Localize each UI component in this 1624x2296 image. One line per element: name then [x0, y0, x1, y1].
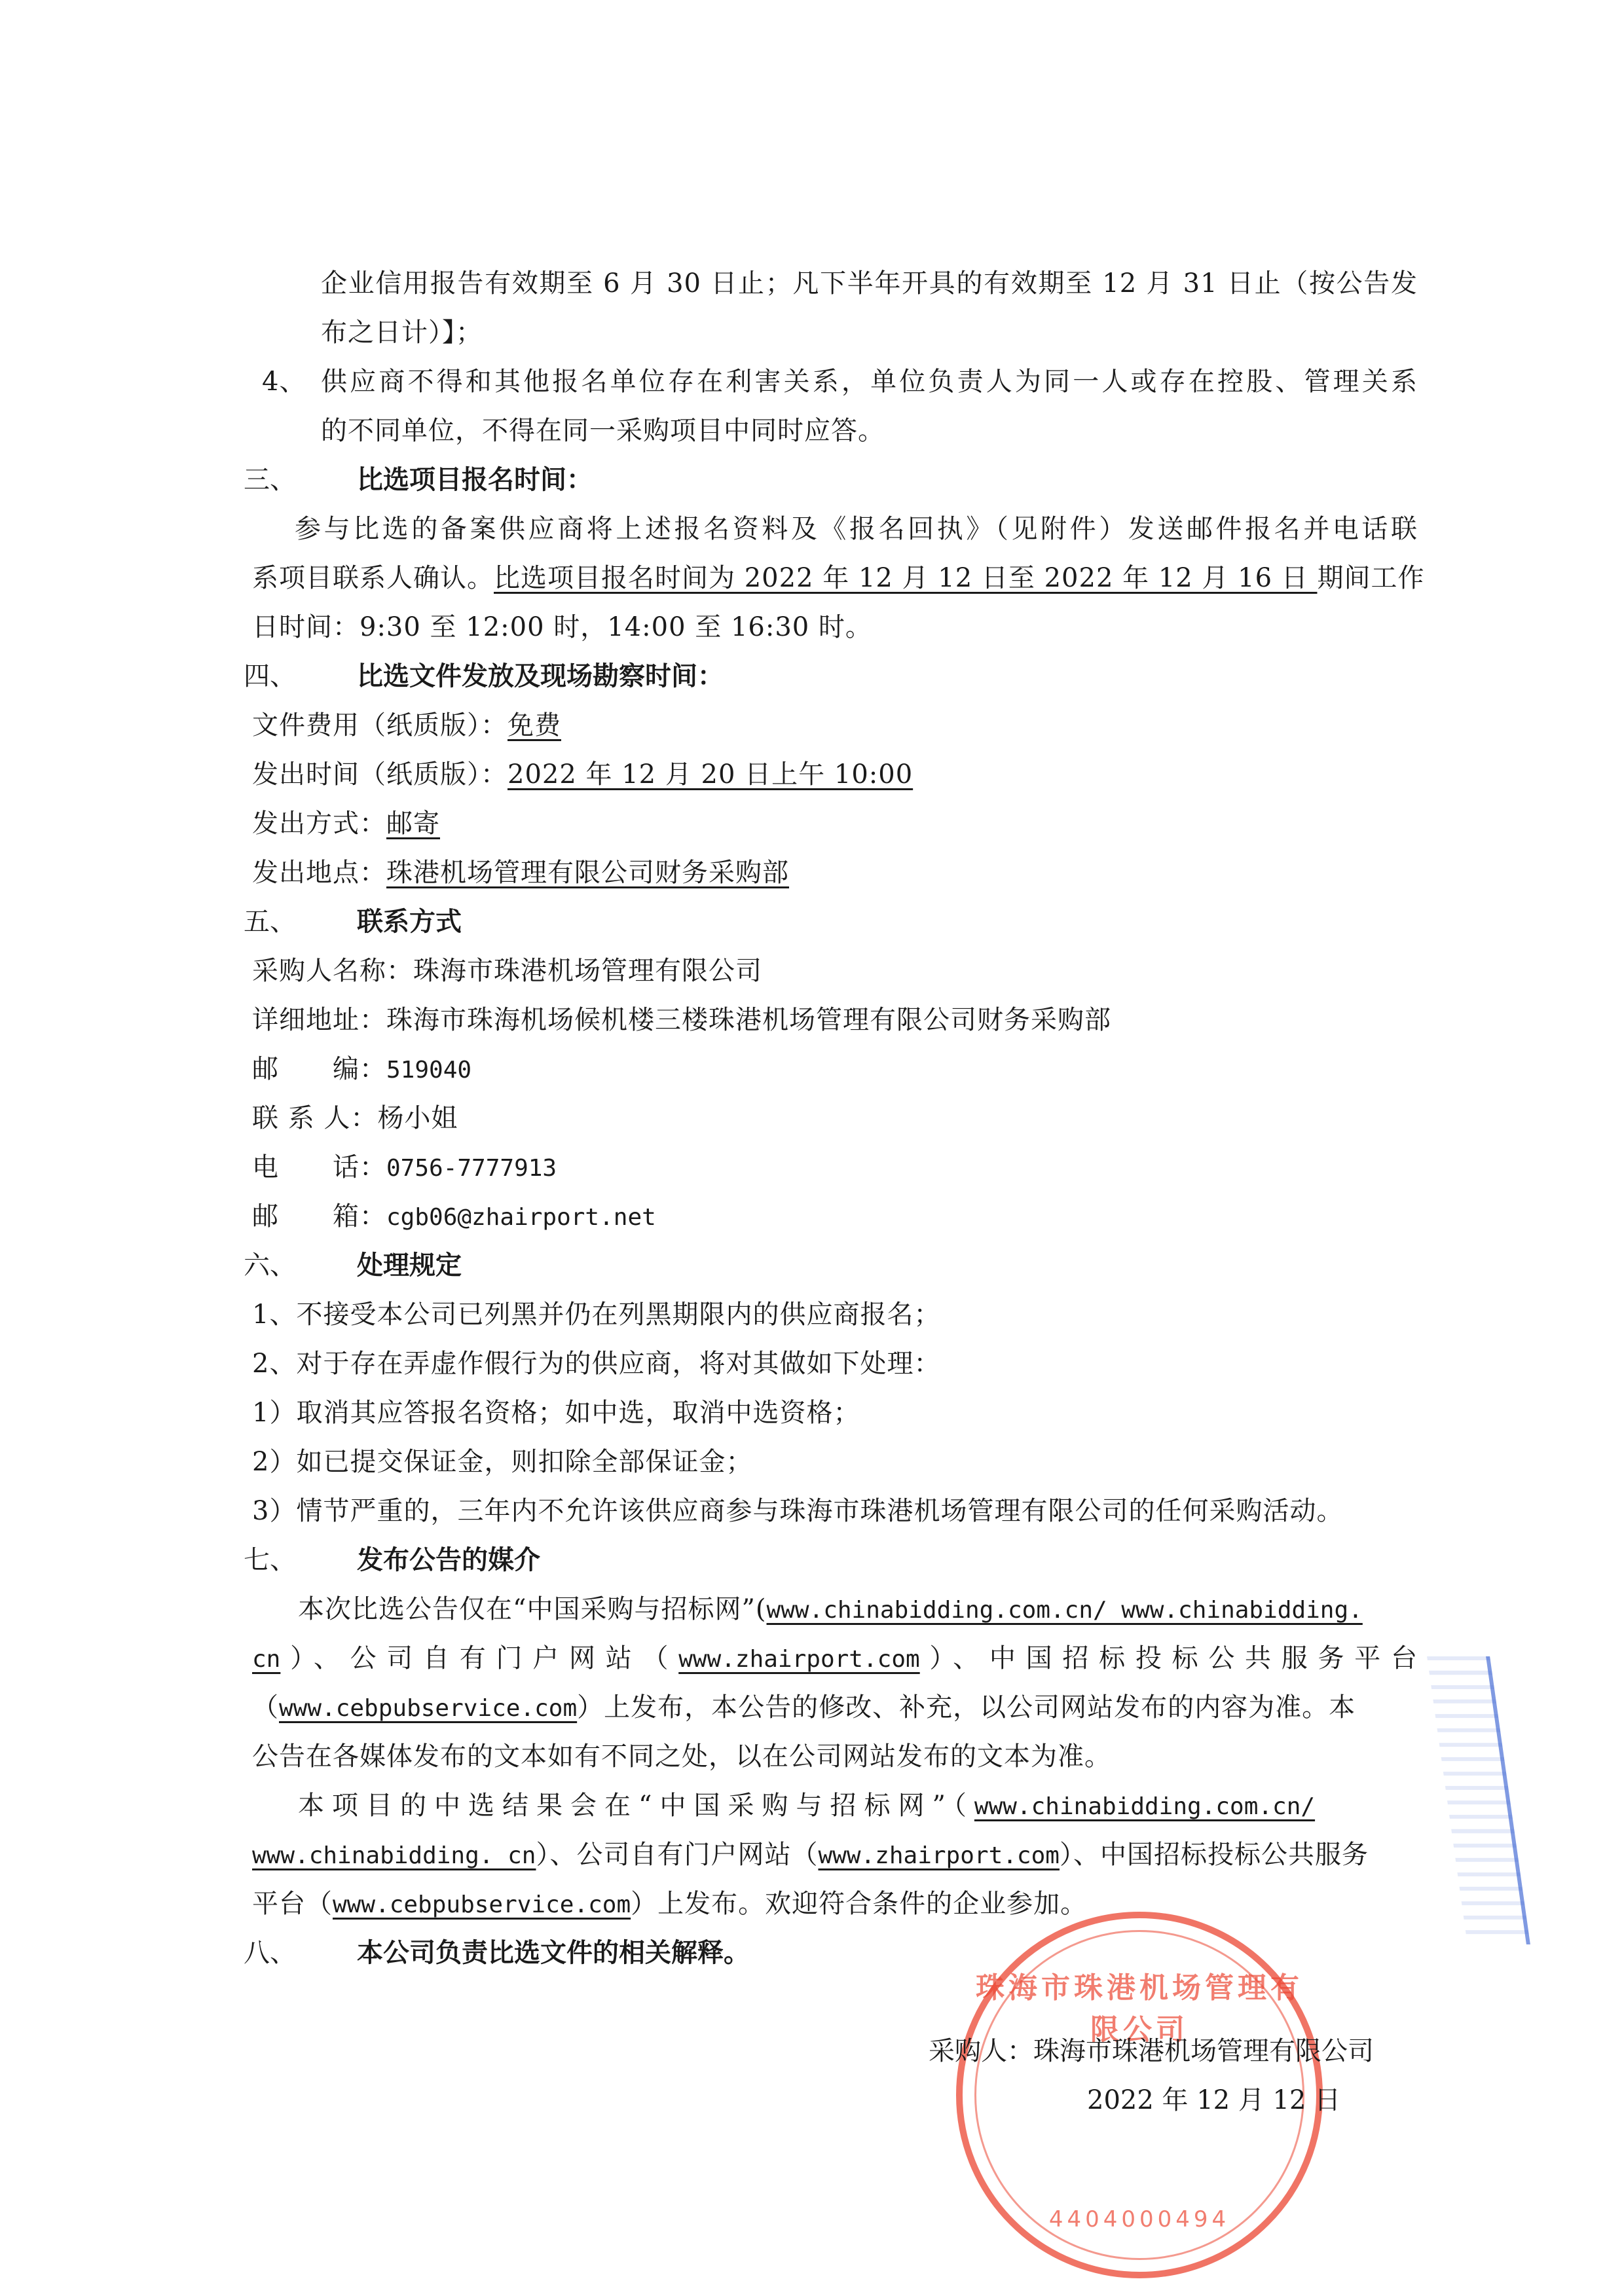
- cebpubservice-link[interactable]: www.cebpubservice.com: [279, 1695, 577, 1722]
- section-3-number: 三、: [244, 464, 296, 496]
- rule-item: 2、对于存在弄虚作假行为的供应商，将对其做如下处理：: [252, 1347, 940, 1380]
- contact-address: 详细地址：珠海市珠海机场候机楼三楼珠港机场管理有限公司财务采购部: [252, 1004, 1111, 1036]
- registration-para-line-1: 参与比选的备案供应商将上述报名资料及《报名回执》（见附件）发送邮件报名并电话联: [295, 513, 1418, 545]
- field-label: 发出地点：: [252, 858, 386, 888]
- field-label: 电 话：: [252, 1152, 386, 1182]
- media-para-1-line-1: 本次比选公告仅在“中国采购与招标网”(www.chinabidding.com.…: [298, 1593, 1363, 1627]
- field-issue-location: 发出地点：珠港机场管理有限公司财务采购部: [252, 856, 789, 889]
- section-8-title: 本公司负责比选文件的相关解释。: [357, 1937, 750, 1969]
- signature-purchaser: 采购人：珠海市珠港机场管理有限公司: [929, 2035, 1374, 2068]
- zhairport-link[interactable]: www.zhairport.com: [818, 1842, 1059, 1869]
- field-value: 519040: [386, 1057, 471, 1084]
- field-value: 0756-7777913: [386, 1155, 557, 1182]
- chinabidding-link[interactable]: www.chinabidding.com.cn/: [974, 1793, 1315, 1820]
- item-4-number: 4、: [262, 365, 306, 398]
- registration-para-line-2: 系项目联系人确认。比选项目报名时间为 2022 年 12 月 12 日至 202…: [252, 562, 1424, 594]
- chinabidding-link-cont[interactable]: cn: [252, 1646, 280, 1673]
- registration-period: 比选项目报名时间为 2022 年 12 月 12 日至 2022 年 12 月 …: [494, 563, 1317, 593]
- field-value: 免费: [507, 710, 561, 740]
- section-6-number: 六、: [244, 1249, 296, 1282]
- section-6-title: 处理规定: [357, 1249, 462, 1282]
- media-text: ）、中国招标投标公共服务: [1060, 1840, 1369, 1870]
- field-label: 联 系 人：: [252, 1103, 377, 1133]
- section-5-title: 联系方式: [357, 905, 462, 938]
- item-4-line-1: 供应商不得和其他报名单位存在利害关系，单位负责人为同一人或存在控股、管理关系: [321, 365, 1418, 398]
- section-4-title: 比选文件发放及现场勘察时间：: [357, 660, 724, 693]
- field-document-fee: 文件费用（纸质版）：免费: [252, 709, 561, 742]
- contact-postcode: 邮 编：519040: [252, 1053, 471, 1087]
- field-label: 采购人名称：: [252, 956, 413, 986]
- media-text: ）上发布。欢迎符合条件的企业参加。: [631, 1889, 1087, 1919]
- credit-report-validity-line-1: 企业信用报告有效期至 6 月 30 日止；凡下半年开具的有效期至 12 月 31…: [321, 267, 1418, 300]
- zhairport-link[interactable]: www.zhairport.com: [678, 1646, 919, 1673]
- media-text: 平台（: [252, 1889, 333, 1919]
- cebpubservice-link[interactable]: www.cebpubservice.com: [333, 1891, 631, 1918]
- media-text: ）上发布，本公告的修改、补充，以公司网站发布的内容为准。本: [577, 1692, 1356, 1722]
- seam-stamp-mark: [1427, 1656, 1530, 1944]
- media-text: ）、中国招标投标公共服务平台: [920, 1643, 1418, 1673]
- chinabidding-link[interactable]: www.chinabidding.com.cn/ www.chinabiddin…: [767, 1597, 1363, 1624]
- field-value[interactable]: cgb06@zhairport.net: [386, 1204, 656, 1231]
- field-value: 珠海市珠港机场管理有限公司: [413, 956, 762, 986]
- chinabidding-link-cont[interactable]: www.chinabidding. cn: [252, 1842, 536, 1869]
- field-label: 发出方式：: [252, 809, 386, 839]
- media-para-2-line-2: www.chinabidding. cn）、公司自有门户网站（www.zhair…: [252, 1838, 1369, 1872]
- section-8-number: 八、: [244, 1937, 296, 1969]
- media-text: （: [252, 1692, 279, 1722]
- rule-item: 1、不接受本公司已列黑并仍在列黑期限内的供应商报名；: [252, 1298, 940, 1331]
- registration-para-prefix: 系项目联系人确认。: [252, 563, 494, 593]
- field-value: 珠海市珠海机场候机楼三楼珠港机场管理有限公司财务采购部: [386, 1005, 1111, 1035]
- section-7-number: 七、: [244, 1544, 296, 1576]
- media-text: ）、公司自有门户网站（: [280, 1643, 678, 1673]
- media-text: 本次比选公告仅在“中国采购与招标网”(: [298, 1594, 767, 1624]
- contact-phone: 电 话：0756-7777913: [252, 1151, 557, 1185]
- field-label: 详细地址：: [252, 1005, 386, 1035]
- media-para-2-line-1: 本项目的中选结果会在“中国采购与招标网”（www.chinabidding.co…: [298, 1789, 1315, 1823]
- field-label: 发出时间（纸质版）：: [252, 759, 507, 790]
- rule-item: 3）情节严重的，三年内不允许该供应商参与珠海市珠港机场管理有限公司的任何采购活动…: [252, 1495, 1343, 1527]
- field-issue-method: 发出方式：邮寄: [252, 807, 440, 840]
- media-para-1-line-4: 公告在各媒体发布的文本如有不同之处，以在公司网站发布的文本为准。: [252, 1740, 1111, 1773]
- field-value: 2022 年 12 月 20 日上午 10:00: [507, 759, 913, 790]
- field-label: 邮 箱：: [252, 1201, 386, 1231]
- seal-code: 4404000494: [963, 2206, 1316, 2232]
- media-text: 本项目的中选结果会在“中国采购与招标网”（: [298, 1791, 974, 1821]
- field-issue-time: 发出时间（纸质版）：2022 年 12 月 20 日上午 10:00: [252, 758, 913, 791]
- field-value: 杨小姐: [377, 1103, 458, 1133]
- signature-date: 2022 年 12 月 12 日: [1087, 2084, 1340, 2117]
- field-value: 邮寄: [386, 809, 440, 839]
- registration-para-line-3: 日时间：9:30 至 12:00 时，14:00 至 16:30 时。: [252, 611, 872, 644]
- field-value: 珠港机场管理有限公司财务采购部: [386, 858, 789, 888]
- section-5-number: 五、: [244, 905, 296, 938]
- rule-item: 2）如已提交保证金，则扣除全部保证金；: [252, 1446, 752, 1478]
- contact-person: 联 系 人：杨小姐: [252, 1102, 458, 1135]
- section-3-title: 比选项目报名时间：: [357, 464, 593, 496]
- contact-email: 邮 箱：cgb06@zhairport.net: [252, 1200, 656, 1234]
- media-para-1-line-3: （www.cebpubservice.com）上发布，本公告的修改、补充，以公司…: [252, 1691, 1356, 1725]
- media-text: ）、公司自有门户网站（: [536, 1840, 818, 1870]
- field-label: 邮 编：: [252, 1054, 386, 1084]
- section-7-title: 发布公告的媒介: [357, 1544, 540, 1576]
- section-4-number: 四、: [244, 660, 296, 693]
- media-para-1-line-2: cn）、公司自有门户网站（www.zhairport.com）、中国招标投标公共…: [252, 1642, 1418, 1676]
- media-para-2-line-3: 平台（www.cebpubservice.com）上发布。欢迎符合条件的企业参加…: [252, 1887, 1087, 1922]
- registration-para-suffix: 期间工作: [1317, 563, 1424, 593]
- credit-report-validity-line-2: 布之日计）】；: [321, 316, 483, 349]
- rule-item: 1）取消其应答报名资格；如中选，取消中选资格；: [252, 1396, 860, 1429]
- item-4-line-2: 的不同单位，不得在同一采购项目中同时应答。: [321, 414, 885, 447]
- field-label: 文件费用（纸质版）：: [252, 710, 507, 740]
- contact-purchaser-name: 采购人名称：珠海市珠港机场管理有限公司: [252, 955, 762, 987]
